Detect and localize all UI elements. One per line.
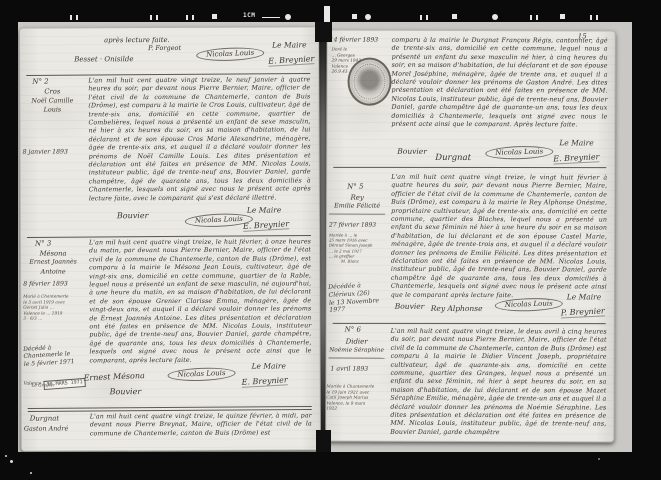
act-body: L'an mil huit cent quatre vingt treize, …	[88, 76, 311, 203]
record-number: N° 6	[345, 326, 361, 334]
film-edge-left	[0, 0, 18, 480]
margin-date: 1 avril 1893	[331, 366, 369, 373]
film-dust-speck	[10, 460, 13, 463]
act-body: L'an mil huit cent quatre vingt treize, …	[391, 174, 607, 301]
acte-6: N° 6 Didier Noémie Séraphine 1 avril 189…	[326, 323, 613, 441]
margin-date: 8 février 1893	[23, 280, 68, 287]
acte-2: N° 2 Cros Noël Camille Louis 8 janvier 1…	[20, 73, 319, 236]
film-tick-mark	[596, 15, 598, 20]
register-right-page: 15 14 février 1893 Doré le … Georges 29 …	[325, 29, 615, 442]
signature: E. Breynier	[243, 219, 290, 232]
gutter-shadow-top	[315, 22, 332, 42]
film-tick-mark	[70, 15, 72, 20]
margin-name: Gaston André	[24, 424, 68, 432]
margin-name: Emilie Félicité	[327, 202, 387, 209]
margin-name: Noémie Séraphine	[327, 347, 387, 353]
margin-name: Mésona	[21, 249, 85, 257]
ruler-scale-line	[262, 17, 280, 18]
film-tick-mark	[156, 15, 158, 20]
film-dust-speck	[30, 472, 32, 474]
film-dust-speck	[5, 455, 7, 457]
film-circle-mark	[285, 14, 291, 20]
acte-4-debut: Durgnat Gaston André L'an mil huit cent …	[22, 410, 320, 450]
margin-name: Noël Camille	[20, 96, 84, 104]
film-notch-mark	[324, 6, 330, 22]
act-body: L'an mil huit cent quatre vingt treize, …	[90, 412, 312, 438]
act-body: L'an mil huit cent quatre vingt treize, …	[89, 238, 312, 365]
signature: Le Maire	[247, 206, 281, 215]
margin-rule	[329, 214, 385, 215]
official-seal-stamp	[347, 58, 391, 106]
margin-name: Antoine	[21, 267, 85, 275]
signature: Bouvier	[395, 302, 425, 311]
film-tick-mark	[530, 15, 532, 20]
film-edge-bottom	[0, 452, 661, 480]
acte-1-fin: après lecture faite. P. Forgeot Besset ·…	[20, 27, 318, 74]
margin-date: 14 février 1893	[330, 37, 379, 44]
film-tick-mark	[420, 15, 422, 20]
closing-formula: après lecture faite.	[104, 36, 170, 44]
margin-date: 8 janvier 1893	[23, 148, 68, 155]
film-tick-mark	[192, 15, 194, 20]
microfilm-register-scan: après lecture faite. P. Forgeot Besset ·…	[0, 0, 661, 480]
film-dust-speck	[598, 458, 600, 460]
act-body: comparu à la mairie le Durgnat François …	[391, 37, 607, 130]
film-tick-mark	[150, 15, 152, 20]
death-note-line: 1977	[329, 305, 380, 315]
signature: Bouvier	[117, 211, 149, 220]
signature: Bouvier	[110, 387, 142, 396]
register-left-page: après lecture faite. P. Forgeot Besset ·…	[19, 26, 321, 451]
margin-name: Durgnat	[30, 414, 59, 422]
signature: Nicolas Louis	[485, 145, 553, 160]
seal-inner-ring	[353, 64, 385, 100]
signature: E. Breynier	[268, 54, 315, 67]
film-edge-top: 1CM	[0, 0, 661, 22]
act-body: L'an mil huit cent quatre vingt treize, …	[390, 328, 606, 438]
margin-name: Cros	[20, 87, 84, 95]
signature: Nicolas Louis	[196, 46, 264, 62]
signature: P. Forgeot	[148, 44, 181, 52]
margin-name: Louis	[20, 105, 84, 113]
signature: E. Breynier	[553, 152, 600, 164]
film-tick-mark	[590, 15, 592, 20]
gutter-shadow-bottom	[316, 430, 331, 452]
margin-name: Didier	[327, 337, 387, 345]
signature: Le Maire	[272, 40, 306, 49]
signature: Le Maire	[252, 361, 286, 370]
film-square-mark	[352, 14, 357, 19]
signature: Bouvier	[397, 147, 427, 156]
margin-date: 27 février 1893	[329, 222, 376, 229]
margin-note: 3 · 6/3 …	[23, 315, 83, 321]
film-square-mark	[212, 14, 217, 19]
film-tick-mark	[426, 15, 428, 20]
death-margin-note: Décédé à Chantemerle le le 5 février 197…	[23, 343, 75, 368]
signature: Durgnat	[435, 153, 471, 163]
acte-4-suite: 14 février 1893 Doré le … Georges 29 mar…	[327, 31, 614, 168]
record-number: N° 5	[347, 183, 363, 191]
acte-5: N° 5 Rey Emilie Félicité 27 février 1893…	[327, 168, 615, 323]
film-edge-right	[632, 0, 661, 480]
film-circle-mark	[365, 14, 371, 20]
record-number: N° 3	[35, 240, 51, 248]
film-circle-mark	[492, 14, 498, 20]
signature: Rey Alphonse	[431, 304, 483, 313]
signature: Nicolas Louis	[167, 367, 235, 383]
margin-note: 1922	[326, 405, 386, 411]
ruler-scale-label: 1CM	[243, 12, 255, 19]
film-tick-mark	[536, 15, 538, 20]
acte-3: N° 3 Mésona Ernest Joannès Antoine 8 fév…	[21, 235, 320, 407]
record-number: N° 2	[32, 78, 48, 86]
margin-note: Le Greffier	[32, 383, 55, 389]
signature: P. Breynier	[561, 306, 606, 318]
film-square-mark	[452, 14, 457, 19]
signature: Besset · Onisilde	[74, 55, 133, 63]
film-tick-mark	[76, 15, 78, 20]
margin-name: Ernest Joannès	[21, 258, 85, 265]
death-margin-note: Décédée à Clérieux (26) le 13 Novembre 1…	[328, 281, 380, 315]
film-tick-mark	[186, 15, 188, 20]
signature: E. Breynier	[241, 375, 288, 388]
signature: Le Maire	[559, 138, 593, 147]
signature: Le Maire	[567, 292, 601, 301]
margin-rule	[329, 358, 385, 359]
signature: Ernest Mésona	[83, 371, 144, 382]
film-square-mark	[560, 14, 565, 19]
margin-name: Rey	[327, 193, 387, 201]
